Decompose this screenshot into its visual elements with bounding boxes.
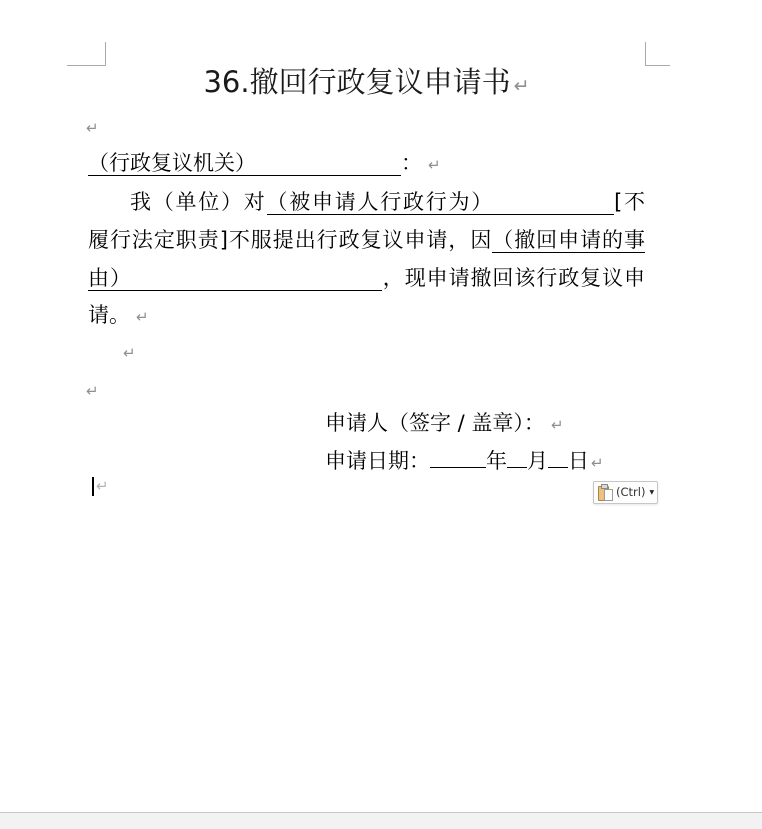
underlined-segment: 由）: [88, 266, 382, 291]
body-text: [不: [614, 190, 645, 214]
clipboard-page: [604, 489, 613, 501]
paste-options-button[interactable]: (Ctrl) ▼: [593, 481, 658, 504]
underlined-segment: （撤回申请的事: [492, 228, 645, 253]
body-text: 由）: [88, 266, 132, 290]
text-cursor: [92, 477, 94, 496]
fill-in-blank: [256, 168, 401, 170]
signer-line[interactable]: 申请人（签字 / 盖章）：↵: [325, 411, 564, 436]
clipboard-paste-icon: [598, 484, 613, 501]
fill-in-blank: [132, 283, 382, 285]
day-fill-in-blank: [548, 465, 568, 468]
signer-label: 申请人（签字 / 盖章）：: [325, 411, 545, 435]
salutation-label: （行政复议机关）: [88, 151, 256, 175]
day-label: 日: [568, 449, 589, 473]
month-label: 月: [527, 449, 548, 473]
month-fill-in-blank: [507, 465, 527, 468]
paste-options-label: (Ctrl): [616, 487, 645, 499]
margin-mark-top-left-icon: [67, 42, 106, 66]
date-label: 申请日期：: [325, 449, 430, 473]
paragraph-mark-icon: ↵: [123, 344, 136, 362]
body-line-2[interactable]: 履行法定职责]不服提出行政复议申请，因（撤回申请的事: [88, 228, 645, 253]
paragraph-mark-icon: ↵: [591, 454, 604, 472]
salutation-colon: ：: [401, 151, 422, 175]
document-title-line[interactable]: 36.撤回行政复议申请书↵: [88, 64, 645, 100]
paragraph-mark-icon: ↵: [86, 382, 99, 400]
body-text: ，现申请撤回该行政复议申: [382, 266, 645, 290]
body-text: 请。: [88, 303, 130, 327]
salutation-line[interactable]: （行政复议机关）：↵: [88, 151, 441, 176]
body-text: 我（单位）对: [130, 190, 267, 214]
dropdown-caret-icon: ▼: [649, 489, 654, 496]
paragraph-mark-icon: ↵: [428, 156, 441, 174]
status-bar: [0, 812, 762, 829]
paragraph-mark-icon: ↵: [86, 119, 99, 137]
empty-paragraph-line[interactable]: ↵: [86, 114, 99, 139]
body-line-1[interactable]: 我（单位）对（被申请人行政行为）[不: [88, 190, 645, 215]
body-line-3[interactable]: 由），现申请撤回该行政复议申: [88, 266, 645, 291]
paragraph-mark-icon: ↵: [136, 308, 149, 326]
cursor-paragraph-line[interactable]: ↵: [96, 479, 109, 495]
year-fill-in-blank: [430, 465, 486, 468]
document-title: 36.撤回行政复议申请书: [203, 65, 510, 99]
word-document-page[interactable]: 36.撤回行政复议申请书↵ ↵ （行政复议机关）：↵ 我（单位）对（被申请人行政…: [0, 0, 762, 829]
date-line[interactable]: 申请日期：年月日↵: [325, 449, 604, 474]
paragraph-mark-icon: ↵: [96, 477, 109, 495]
body-text: （撤回申请的事: [492, 228, 645, 252]
year-label: 年: [486, 449, 507, 473]
empty-paragraph-line[interactable]: ↵: [123, 339, 136, 364]
paragraph-mark-icon: ↵: [551, 416, 564, 434]
fill-in-blank: [494, 207, 614, 209]
margin-mark-top-right-icon: [645, 42, 670, 66]
underlined-segment: （被申请人行政行为）: [267, 190, 615, 215]
paragraph-mark-icon: ↵: [514, 75, 530, 97]
body-text: （被申请人行政行为）: [267, 190, 495, 214]
body-text: 履行法定职责]不服提出行政复议申请，因: [88, 228, 492, 252]
empty-paragraph-line[interactable]: ↵: [86, 377, 99, 402]
salutation-underlined-segment: （行政复议机关）: [88, 151, 401, 176]
body-line-4[interactable]: 请。↵: [88, 303, 149, 328]
